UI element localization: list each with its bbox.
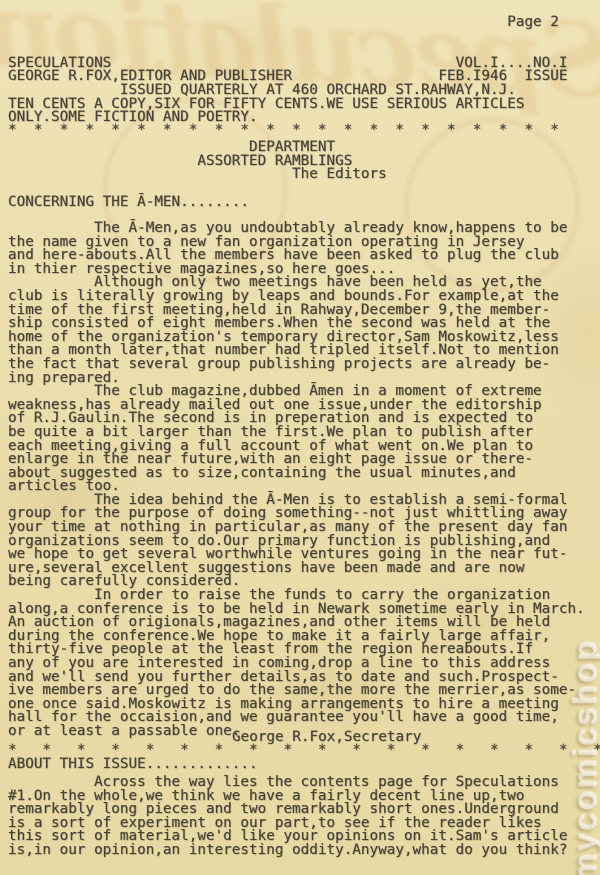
masthead: Page 2 SPECULATIONS VOL.I....NO.I GEORGE… xyxy=(8,16,567,125)
asterisk-divider-top: * * * * * * * * * * * * * * * * * * * * … xyxy=(8,124,559,138)
article-body-concerning-the-a-men: The Ā-Men,as you undoubtably already kno… xyxy=(8,222,585,739)
section-title-about-this-issue: ABOUT THIS ISSUE............. xyxy=(8,758,258,772)
fanzine-page-scan: Speculations Page 2 SPECULATIONS VOL.I..… xyxy=(0,0,600,875)
section-title-concerning-the-a-men: CONCERNING THE Ā-MEN........ xyxy=(8,196,249,210)
article-body-about-this-issue: Across the way lies the contents page fo… xyxy=(8,776,567,858)
department-heading: DEPARTMENT ASSORTED RAMBLINGS The Editor… xyxy=(8,141,387,182)
